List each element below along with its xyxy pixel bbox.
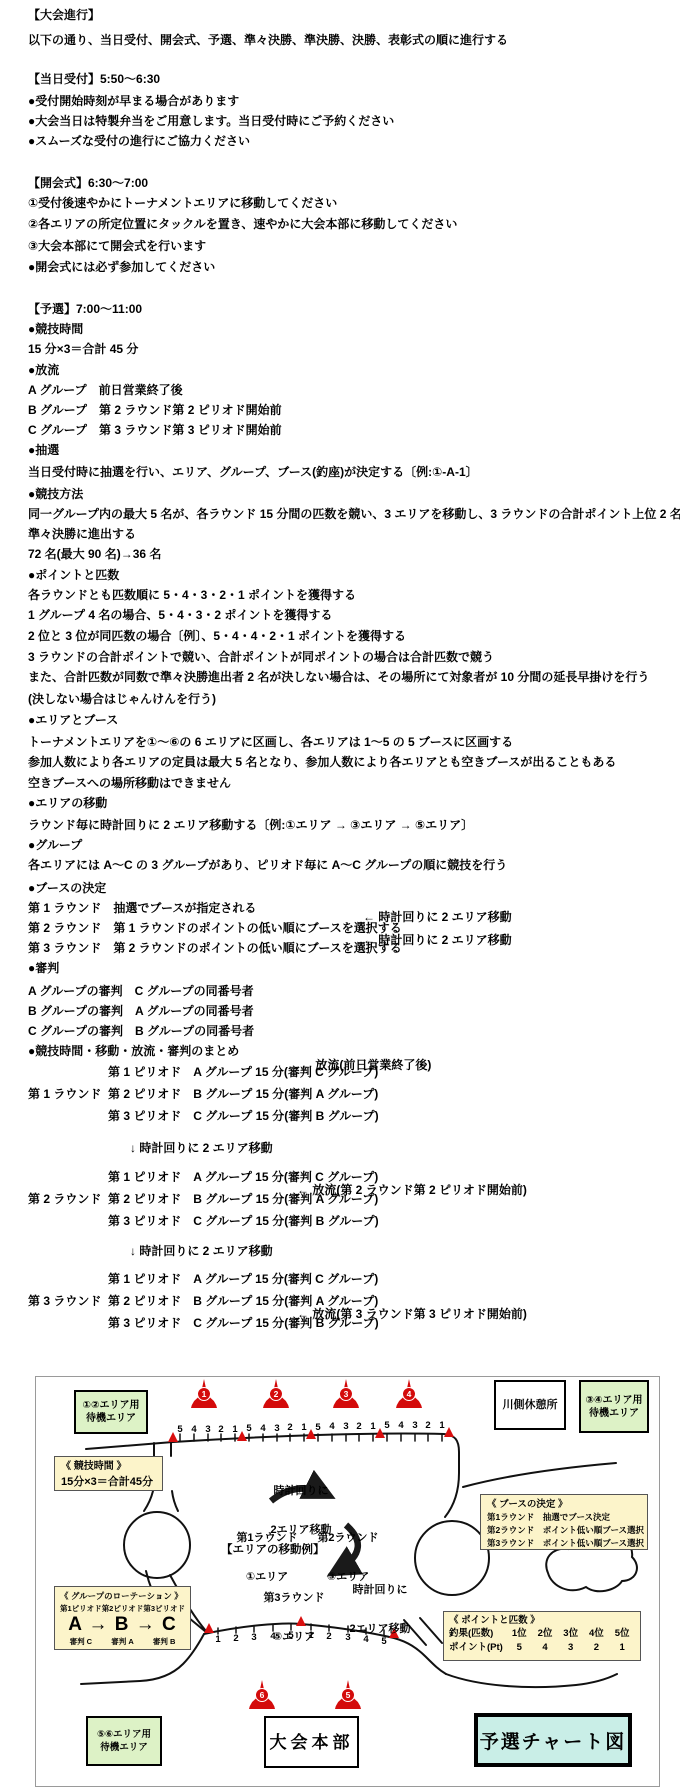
booth-number: 2	[285, 1423, 295, 1433]
doc-line: ●競技方法	[28, 487, 83, 501]
booth-number: 2	[324, 1632, 334, 1642]
doc-line: ●ポイントと匹数	[28, 568, 119, 582]
rotation-period: 第3ピリオド	[143, 1603, 185, 1614]
booth-number: 1	[437, 1421, 447, 1431]
rank-cell: 5位	[609, 1627, 635, 1641]
booth-number: 5	[313, 1423, 323, 1433]
waiting-area-1-2-line1: ①②エリア用	[83, 1399, 140, 1412]
points-label: ポイント(Pt)	[449, 1641, 506, 1655]
doc-line: 2 位と 3 位が同匹数の場合〔例〕、5・4・4・2・1 ポイントを獲得する	[28, 629, 406, 643]
booth-number: 4	[268, 1632, 278, 1642]
rotation-referee: 審判 B	[153, 1636, 176, 1647]
doc-line: 各ラウンドとも匹数順に 5・4・3・2・1 ポイントを獲得する	[28, 588, 356, 602]
doc-line: ●ブースの決定	[28, 881, 106, 895]
competition-time-box: 《 競技時間 》 15分×3＝合計45分	[54, 1456, 163, 1491]
booth-number: 2	[216, 1425, 226, 1435]
doc-line: 15 分×3＝合計 45 分	[28, 342, 138, 356]
booth-number: 5	[379, 1637, 389, 1647]
doc-line: 空きブースへの場所移動はできません	[28, 776, 231, 790]
booth-number: 1	[230, 1425, 240, 1435]
round-line: 第2ラウンド	[317, 1532, 378, 1545]
round-label: 第 1 ラウンド	[28, 1087, 101, 1101]
doc-line: 各エリアには A～C の 3 グループがあり、ピリオド毎に A～C グループの順…	[28, 858, 507, 872]
doc-line: A グループ 前日営業終了後	[28, 383, 183, 397]
riverside-rest-area-box: 川側休憩所	[494, 1380, 566, 1430]
move-annotation: ← 時計回りに 2 エリア移動	[363, 910, 512, 924]
booth-number: 4	[361, 1635, 371, 1645]
competition-time-title: 《 競技時間 》	[61, 1460, 127, 1473]
doc-line: ●競技時間・移動・放流・審判のまとめ	[28, 1044, 239, 1058]
doc-line: 3 ラウンドの合計ポイントで競い、合計ポイントが同ポイントの場合は合計匹数で競う	[28, 650, 494, 664]
rotation-periods-row: 第1ピリオド 第2ピリオド 第3ピリオド	[60, 1603, 185, 1614]
catch-count-label: 釣果(匹数)	[449, 1627, 506, 1641]
doc-line: また、合計匹数が同数で準々決勝進出者 2 名が決しない場合は、その場所にて対象者…	[28, 670, 649, 684]
qualifying-chart-map: ①②エリア用 待機エリア 川側休憩所 ③④エリア用 待機エリア 1 2 3 4 …	[35, 1376, 660, 1787]
points-cell: 5	[506, 1641, 532, 1655]
area-cone-5: 5	[335, 1680, 361, 1709]
period-row: 第 3 ピリオド C グループ 15 分(審判 B グループ)	[108, 1214, 379, 1228]
booth-number: 1	[213, 1635, 223, 1645]
doc-line: A グループの審判 C グループの同番号者	[28, 984, 254, 998]
rank-cell: 3位	[558, 1627, 584, 1641]
doc-line: ①受付後速やかにトーナメントエリアに移動してください	[28, 196, 337, 210]
rotation-period: 第1ピリオド	[60, 1603, 102, 1614]
rotation-referees-row: 審判 C 審判 A 審判 B	[60, 1636, 185, 1647]
rotation-referee: 審判 A	[111, 1636, 134, 1647]
booth-decision-row: 第3ラウンド ポイント低い順ブース選択	[487, 1537, 644, 1550]
booth-number: 3	[341, 1422, 351, 1432]
booth-number: 5	[286, 1631, 296, 1641]
doc-line: ②各エリアの所定位置にタックルを置き、速やかに大会本部に移動してください	[28, 217, 457, 231]
round-label: 第 3 ラウンド	[28, 1294, 101, 1308]
chart-title-box: 予選チャート図	[474, 1713, 632, 1767]
period-row: 第 1 ピリオド A グループ 15 分(審判 C グループ)	[108, 1272, 378, 1286]
doc-line: 【予選】7:00～11:00	[28, 302, 142, 316]
doc-line: 当日受付時に抽選を行い、エリア、グループ、ブース(釣座)が決定する〔例:①-A-…	[28, 465, 478, 479]
doc-line: 【当日受付】5:50～6:30	[28, 72, 160, 86]
doc-line: ●競技時間	[28, 322, 83, 336]
riverside-rest-area-label: 川側休憩所	[503, 1399, 558, 1412]
booth-number: 3	[343, 1633, 353, 1643]
area-cone-6: 6	[249, 1680, 275, 1709]
waiting-area-box-5-6: ⑤⑥エリア用 待機エリア	[86, 1716, 162, 1766]
tournament-hq-box: 大会本部	[264, 1716, 359, 1768]
waiting-area-3-4-line1: ③④エリア用	[586, 1394, 643, 1407]
group-rotation-box: 《 グループのローテーション 》 第1ピリオド 第2ピリオド 第3ピリオド A …	[54, 1586, 191, 1650]
release-annotation: ← 放流(前日営業終了後)	[300, 1058, 431, 1072]
doc-line: ●開会式には必ず参加してください	[28, 260, 215, 274]
booth-number: 5	[175, 1425, 185, 1435]
period-row: 第 3 ピリオド C グループ 15 分(審判 B グループ)	[108, 1109, 379, 1123]
note-line: 2エリア移動	[349, 1623, 410, 1636]
doc-line: 第 2 ラウンド 第 1 ラウンドのポイントの低い順にブースを選択する	[28, 921, 402, 935]
doc-line: ●エリアの移動	[28, 796, 107, 810]
doc-line: 第 3 ラウンド 第 2 ラウンドのポイントの低い順にブースを選択する	[28, 941, 402, 955]
booth-number: 3	[203, 1425, 213, 1435]
cone-number: 6	[255, 1688, 269, 1702]
points-table-header: 釣果(匹数) 1位 2位 3位 4位 5位	[449, 1627, 635, 1641]
points-cell: 1	[609, 1641, 635, 1655]
cone-number: 1	[197, 1387, 211, 1401]
move-down-annotation: ↓ 時計回りに 2 エリア移動	[130, 1141, 273, 1155]
round-line: 第3ラウンド	[263, 1592, 324, 1605]
doc-line: 1 グループ 4 名の場合、5・4・3・2 ポイントを獲得する	[28, 608, 332, 622]
doc-line: 参加人数により各エリアの定員は最大 5 名となり、参加人数により各エリアとも空き…	[28, 755, 616, 769]
booth-number: 5	[244, 1424, 254, 1434]
tournament-hq-label: 大会本部	[270, 1736, 354, 1749]
round-label: 第 2 ラウンド	[28, 1192, 101, 1206]
cone-number: 3	[339, 1387, 353, 1401]
area-cone-1: 1	[191, 1379, 217, 1408]
group-rotation-title: 《 グループのローテーション 》	[60, 1590, 183, 1603]
waiting-area-box-1-2: ①②エリア用 待機エリア	[74, 1390, 148, 1434]
booth-number: 4	[189, 1425, 199, 1435]
move-annotation: ← 時計回りに 2 エリア移動	[363, 933, 512, 947]
rank-cell: 2位	[532, 1627, 558, 1641]
points-table-values: ポイント(Pt) 5 4 3 2 1	[449, 1641, 635, 1655]
points-table-title: 《 ポイントと匹数 》	[449, 1614, 540, 1627]
rotation-referee: 審判 C	[70, 1636, 93, 1647]
note-line: 時計回りに	[349, 1584, 410, 1597]
area-move-example-title: 【エリアの移動例】	[221, 1541, 325, 1557]
doc-line: 準々決勝に進出する	[28, 527, 136, 541]
cone-number: 2	[269, 1387, 283, 1401]
period-row: 第 2 ピリオド B グループ 15 分(審判 A グループ)	[108, 1294, 378, 1308]
move-down-annotation: ↓ 時計回りに 2 エリア移動	[130, 1244, 273, 1258]
booth-decision-title: 《 ブースの決定 》	[487, 1498, 568, 1511]
rank-cell: 4位	[584, 1627, 610, 1641]
points-table-box: 《 ポイントと匹数 》 釣果(匹数) 1位 2位 3位 4位 5位 ポイント(P…	[443, 1611, 641, 1661]
doc-line: 同一グループ内の最大 5 名が、各ラウンド 15 分間の匹数を競い、3 エリアを…	[28, 507, 680, 521]
points-cell: 4	[532, 1641, 558, 1655]
booth-number: 2	[231, 1634, 241, 1644]
booth-number: 4	[396, 1421, 406, 1431]
waiting-area-box-3-4: ③④エリア用 待機エリア	[579, 1380, 649, 1433]
doc-line: ●エリアとブース	[28, 713, 118, 727]
doc-line: 第 1 ラウンド 抽選でブースが指定される	[28, 901, 256, 915]
period-row: 第 1 ピリオド A グループ 15 分(審判 C グループ)	[108, 1170, 378, 1184]
booth-decision-row: 第1ラウンド 抽選でブース決定	[487, 1511, 610, 1524]
doc-line: 以下の通り、当日受付、開会式、予選、準々決勝、準決勝、決勝、表彰式の順に進行する	[28, 33, 508, 47]
doc-line: ③大会本部にて開会式を行います	[28, 239, 206, 253]
waiting-area-5-6-line2: 待機エリア	[100, 1741, 148, 1754]
doc-line: B グループ 第 2 ラウンド第 2 ピリオド開始前	[28, 403, 282, 417]
competition-time-value: 15分×3＝合計45分	[61, 1473, 153, 1489]
doc-line: C グループ 第 3 ラウンド第 3 ピリオド開始前	[28, 423, 282, 437]
doc-line: ●スムーズな受付の進行にご協力ください	[28, 134, 250, 148]
doc-line: ●放流	[28, 363, 59, 377]
doc-line: ●受付開始時刻が早まる場合があります	[28, 94, 239, 108]
rotation-flow: A → B → C	[60, 1614, 185, 1636]
points-cell: 3	[558, 1641, 584, 1655]
doc-line: (決しない場合はじゃんけんを行う)	[28, 692, 216, 706]
booth-number: 3	[249, 1633, 259, 1643]
area-cone-4: 4	[396, 1379, 422, 1408]
chart-title-label: 予選チャート図	[480, 1727, 626, 1754]
release-annotation: ← 放流(第 2 ラウンド第 2 ピリオド開始前)	[297, 1183, 527, 1197]
doc-line: 【開会式】6:30～7:00	[28, 176, 148, 190]
booth-number: 1	[368, 1422, 378, 1432]
booth-decision-box: 《 ブースの決定 》 第1ラウンド 抽選でブース決定 第2ラウンド ポイント低い…	[480, 1494, 648, 1550]
round3-area-label: 第3ラウンド ⑤エリア	[263, 1566, 324, 1670]
booth-number: 4	[327, 1422, 337, 1432]
booth-number: 4	[258, 1424, 268, 1434]
rotation-period: 第2ピリオド	[102, 1603, 144, 1614]
booth-number: 3	[410, 1421, 420, 1431]
doc-line: 72 名(最大 90 名)→36 名	[28, 547, 161, 561]
booth-number: 2	[354, 1422, 364, 1432]
cone-number: 4	[402, 1387, 416, 1401]
rank-cell: 1位	[506, 1627, 532, 1641]
points-cell: 2	[584, 1641, 610, 1655]
doc-line: 【大会進行】	[28, 8, 100, 22]
area-cone-3: 3	[333, 1379, 359, 1408]
cone-number: 5	[341, 1688, 355, 1702]
area-cone-2: 2	[263, 1379, 289, 1408]
doc-line: トーナメントエリアを①～⑥の 6 エリアに区画し、各エリアは 1～5 の 5 ブ…	[28, 735, 513, 749]
waiting-area-5-6-line1: ⑤⑥エリア用	[97, 1728, 151, 1741]
doc-line: ラウンド毎に時計回りに 2 エリア移動する〔例:①エリア → ③エリア → ⑤エ…	[28, 818, 473, 832]
note-line: 時計回りに	[270, 1485, 331, 1498]
booth-number: 3	[272, 1424, 282, 1434]
waiting-area-3-4-line2: 待機エリア	[589, 1407, 639, 1420]
booth-number: 5	[382, 1421, 392, 1431]
booth-number: 1	[299, 1423, 309, 1433]
doc-line: B グループの審判 A グループの同番号者	[28, 1004, 254, 1018]
booth-number: 1	[306, 1631, 316, 1641]
doc-line: ●抽選	[28, 443, 59, 457]
doc-line: ●グループ	[28, 838, 82, 852]
period-row: 第 2 ピリオド B グループ 15 分(審判 A グループ)	[108, 1087, 378, 1101]
waiting-area-1-2-line2: 待機エリア	[86, 1412, 136, 1425]
doc-line: C グループの審判 B グループの同番号者	[28, 1024, 254, 1038]
booth-decision-row: 第2ラウンド ポイント低い順ブース選択	[487, 1524, 644, 1537]
booth-number: 2	[423, 1421, 433, 1431]
release-annotation: ← 放流(第 3 ラウンド第 3 ピリオド開始前)	[297, 1307, 527, 1321]
doc-line: ●大会当日は特製弁当をご用意します。当日受付時にご予約ください	[28, 114, 394, 128]
doc-line: ●審判	[28, 961, 59, 975]
